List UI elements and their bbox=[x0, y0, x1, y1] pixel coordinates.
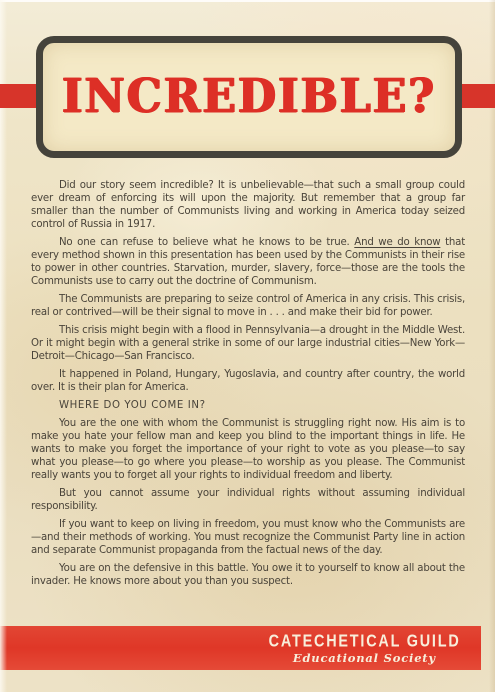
emphasized-phrase: And we do know bbox=[354, 237, 440, 248]
body-copy: Did our story seem incredible? It is unb… bbox=[31, 179, 465, 593]
paragraph: The Communists are preparing to seize co… bbox=[31, 293, 465, 319]
paragraph: You are on the defensive in this battle.… bbox=[31, 562, 465, 588]
pamphlet-page: INCREDIBLE? Did our story seem incredibl… bbox=[0, 0, 495, 692]
paragraph: It happened in Poland, Hungary, Yugoslav… bbox=[31, 368, 465, 394]
paper-edge-top bbox=[0, 0, 495, 2]
paragraph: This crisis might begin with a flood in … bbox=[31, 324, 465, 363]
paragraph: You are the one with whom the Communist … bbox=[31, 417, 465, 482]
publisher-name: CATECHETICAL GUILD bbox=[268, 632, 460, 652]
footer-band: CATECHETICAL GUILD Educational Society bbox=[0, 626, 481, 670]
paragraph-text: No one can refuse to believe what he kno… bbox=[59, 237, 354, 248]
publisher-tagline: Educational Society bbox=[293, 651, 436, 665]
paragraph: If you want to keep on living in freedom… bbox=[31, 518, 465, 557]
page-title: INCREDIBLE? bbox=[62, 74, 436, 121]
title-banner: INCREDIBLE? bbox=[36, 36, 462, 158]
paragraph: No one can refuse to believe what he kno… bbox=[31, 236, 465, 288]
paragraph: Did our story seem incredible? It is unb… bbox=[31, 179, 465, 231]
section-heading: WHERE DO YOU COME IN? bbox=[31, 399, 465, 412]
paragraph: But you cannot assume your individual ri… bbox=[31, 487, 465, 513]
publisher-block: CATECHETICAL GUILD Educational Society bbox=[258, 633, 471, 665]
